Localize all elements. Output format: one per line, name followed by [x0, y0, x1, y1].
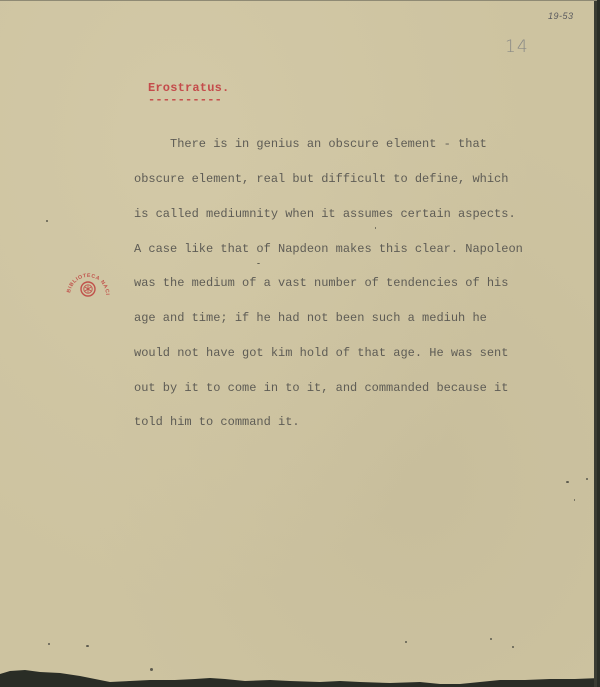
page-number: 14	[505, 37, 529, 57]
svg-text:BIBLIOTECA NACIONAL: BIBLIOTECA NACIONAL	[64, 265, 110, 296]
page-edge	[594, 1, 597, 686]
body-line: age and time; if he had not been such a …	[134, 313, 554, 325]
torn-bottom-edge	[0, 660, 600, 686]
title-underline: ----------	[148, 93, 222, 107]
body-line: There is in genius an obscure element - …	[134, 139, 554, 151]
archive-number: 19-53	[548, 11, 574, 21]
body-text: There is in genius an obscure element - …	[134, 116, 554, 452]
body-line: is called mediumnity when it assumes cer…	[134, 209, 554, 221]
body-line: would not have got kim hold of that age.…	[134, 348, 554, 360]
body-line: was the medium of a vast number of tende…	[134, 278, 554, 290]
body-line: told him to command it.	[134, 417, 554, 429]
body-line: obscure element, real but difficult to d…	[134, 174, 554, 186]
body-line: out by it to come in to it, and commande…	[134, 383, 554, 395]
document-page: 19-53 14 Erostratus. ---------- There is…	[0, 0, 597, 686]
body-line: A case like that of Napdeon makes this c…	[134, 244, 554, 256]
library-stamp-icon: BIBLIOTECA NACIONAL	[64, 265, 112, 301]
